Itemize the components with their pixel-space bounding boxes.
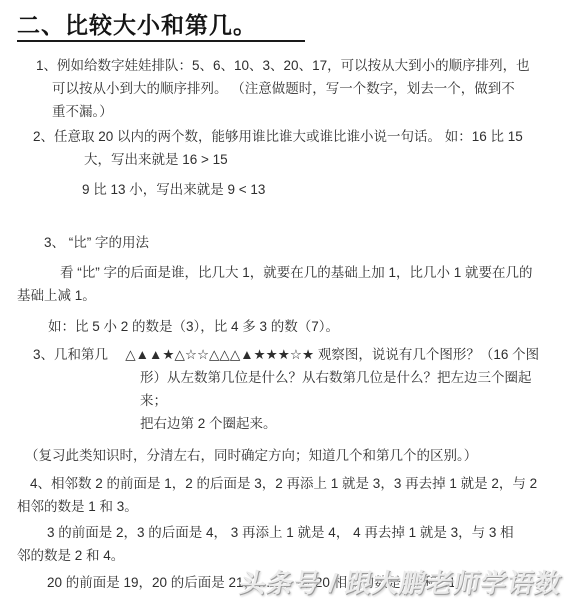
- paragraph-item4-example-three: 3 的前面是 2，3 的后面是 4， 3 再添上 1 就是 4， 4 再去掉 1…: [17, 521, 550, 567]
- page-title-text: 二、比较大小和第几。: [17, 12, 305, 42]
- document-page: 二、比较大小和第几。 1、例如给数字娃娃排队：5、6、10、3、20、17，可以…: [0, 0, 564, 601]
- paragraph-item3-example: 如：比 5 小 2 的数是（3），比 4 多 3 的数（7）。: [17, 315, 550, 338]
- paragraph-item3b-review-note: （复习此类知识时，分清左右，同时确定方向；知道几个和第几个的区别。）: [17, 444, 550, 467]
- paragraph-item2-example: 9 比 13 小，写出来就是 9 < 13: [17, 178, 550, 201]
- paragraph-item1-number-ordering: 1、例如给数字娃娃排队：5、6、10、3、20、17，可以按从大到小的顺序排列，…: [17, 54, 550, 123]
- paragraph-item4-adjacent-numbers: 4、相邻数 2 的前面是 1，2 的后面是 3，2 再添上 1 就是 3，3 再…: [17, 472, 550, 518]
- toutiao-watermark: 头条号 / 跟大鹏老师学语数: [237, 566, 564, 600]
- paragraph-item3b-ordinal-shapes: 3、几和第几 △▲▲★△☆☆△△△▲★★★☆★ 观察图，说说有几个图形？（16 …: [17, 343, 550, 435]
- paragraph-item3-heading-bi-usage: 3、 “比” 字的用法: [17, 231, 550, 254]
- page-title: 二、比较大小和第几。: [17, 0, 550, 40]
- paragraph-item3-body: 看 “比” 字的后面是谁，比几大 1，就要在几的基础上加 1，比几小 1 就要在…: [17, 261, 550, 307]
- paragraph-item2-compare-sentence: 2、任意取 20 以内的两个数，能够用谁比谁大或谁比谁小说一句话。 如：16 比…: [17, 125, 550, 171]
